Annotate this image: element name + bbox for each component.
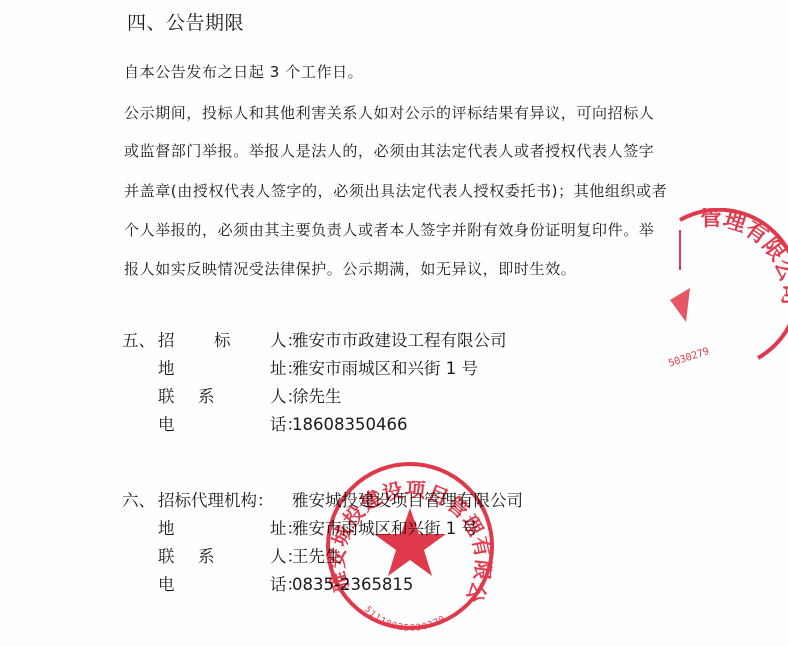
paragraph-line: 自本公告发布之日起 3 个工作日。 bbox=[124, 61, 363, 82]
paragraph-line: 并盖章(由授权代表人签字的，必须出具法定代表人授权委托书)；其他组织或者 bbox=[124, 180, 667, 201]
svg-text:管理有限公司: 管理有限公司 bbox=[700, 208, 788, 306]
tenderer-contact: 徐先生 bbox=[292, 383, 342, 411]
agency-seal: 雅安城投建设项目管理有限公司 51118025030279 bbox=[322, 454, 498, 634]
agency-phone: 0835-2365815 bbox=[292, 571, 413, 599]
paragraph-line: 公示期间，投标人和其他利害关系人如对公示的评标结果有异议，可向招标人 bbox=[124, 102, 654, 123]
paragraph-line: 报人如实反映情况受法律保护。公示期满，如无异议，即时生效。 bbox=[124, 258, 576, 279]
svg-text:5030279: 5030279 bbox=[667, 346, 710, 369]
tenderer-name: 雅安市市政建设工程有限公司 bbox=[292, 327, 507, 355]
agency-name: 雅安城投建设项目管理有限公司 bbox=[292, 487, 523, 515]
tenderer-address: 雅安市雨城区和兴街 1 号 bbox=[292, 355, 478, 383]
paragraph-line: 个人举报的，必须由其主要负责人或者本人签字并附有效身份证明复印件。举 bbox=[124, 219, 654, 240]
section-number: 五、 bbox=[122, 327, 155, 355]
tenderer-phone: 18608350466 bbox=[292, 411, 407, 439]
section-heading-announcement-period: 四、公告期限 bbox=[127, 8, 244, 35]
agency-address: 雅安市雨城区和兴街 1 号 bbox=[292, 515, 478, 543]
section-number: 六、 bbox=[122, 487, 155, 515]
document-page: 四、公告期限 自本公告发布之日起 3 个工作日。 公示期间，投标人和其他利害关系… bbox=[0, 0, 788, 646]
svg-text:51118025030279: 51118025030279 bbox=[362, 605, 448, 634]
paragraph-line: 或监督部门举报。举报人是法人的，必须由其法定代表人或者授权代表人签字 bbox=[124, 140, 654, 161]
agency-contact: 王先生 bbox=[292, 543, 342, 571]
company-seal-partial: 管理有限公司 5030279 bbox=[640, 208, 788, 378]
field-label: 招标代理机构： bbox=[158, 487, 274, 515]
